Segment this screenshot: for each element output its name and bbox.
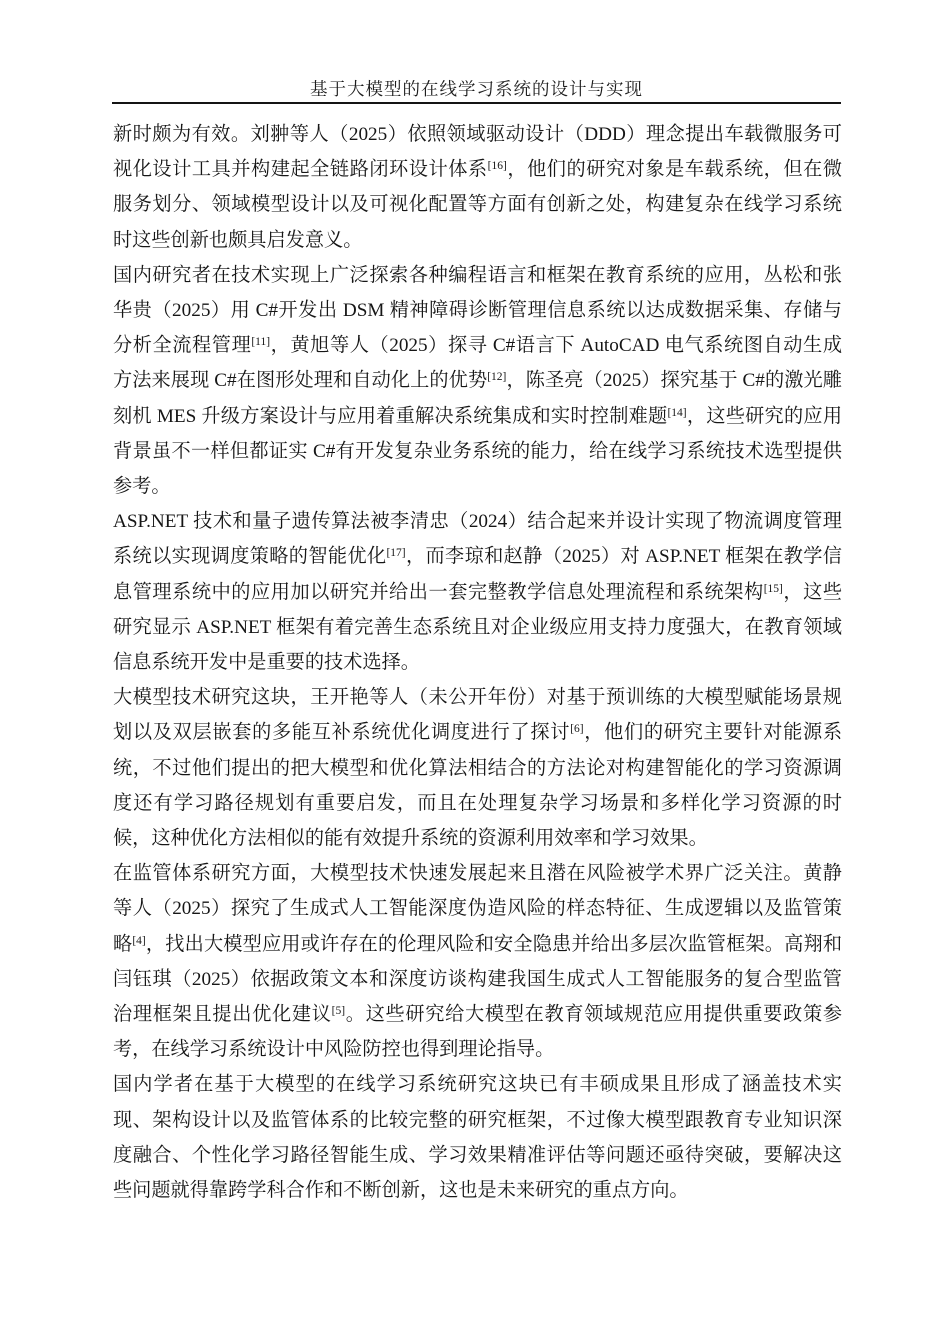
citation-marker: [11]	[251, 336, 270, 348]
document-page: 基于大模型的在线学习系统的设计与实现 新时颇为有效。刘翀等人（2025）依照领域…	[0, 0, 950, 1344]
citation-marker: [17]	[386, 547, 405, 559]
citation-marker: [5]	[332, 1005, 345, 1017]
paragraph: 新时颇为有效。刘翀等人（2025）依照领域驱动设计（DDD）理念提出车载微服务可…	[113, 117, 842, 258]
paragraph: 大模型技术研究这块，王开艳等人（未公开年份）对基于预训练的大模型赋能场景规划以及…	[113, 680, 842, 856]
citation-marker: [16]	[488, 160, 507, 172]
paragraph-text: 国内学者在基于大模型的在线学习系统研究这块已有丰硕成果且形成了涵盖技术实现、架构…	[113, 1074, 842, 1201]
paragraph: 国内学者在基于大模型的在线学习系统研究这块已有丰硕成果且形成了涵盖技术实现、架构…	[113, 1067, 842, 1208]
citation-marker: [12]	[487, 371, 506, 383]
running-head-title: 基于大模型的在线学习系统的设计与实现	[112, 76, 841, 101]
header-rule	[112, 102, 841, 104]
paragraph: 国内研究者在技术实现上广泛探索各种编程语言和框架在教育系统的应用，丛松和张华贵（…	[113, 258, 842, 504]
paragraph: ASP.NET 技术和量子遗传算法被李清忠（2024）结合起来并设计实现了物流调…	[113, 504, 842, 680]
document-body: 新时颇为有效。刘翀等人（2025）依照领域驱动设计（DDD）理念提出车载微服务可…	[113, 117, 842, 1208]
citation-marker: [15]	[764, 583, 783, 595]
citation-marker: [14]	[667, 407, 686, 419]
citation-marker: [6]	[570, 723, 583, 735]
citation-marker: [4]	[132, 935, 145, 947]
paragraph: 在监管体系研究方面，大模型技术快速发展起来且潜在风险被学术界广泛关注。黄静等人（…	[113, 856, 842, 1067]
